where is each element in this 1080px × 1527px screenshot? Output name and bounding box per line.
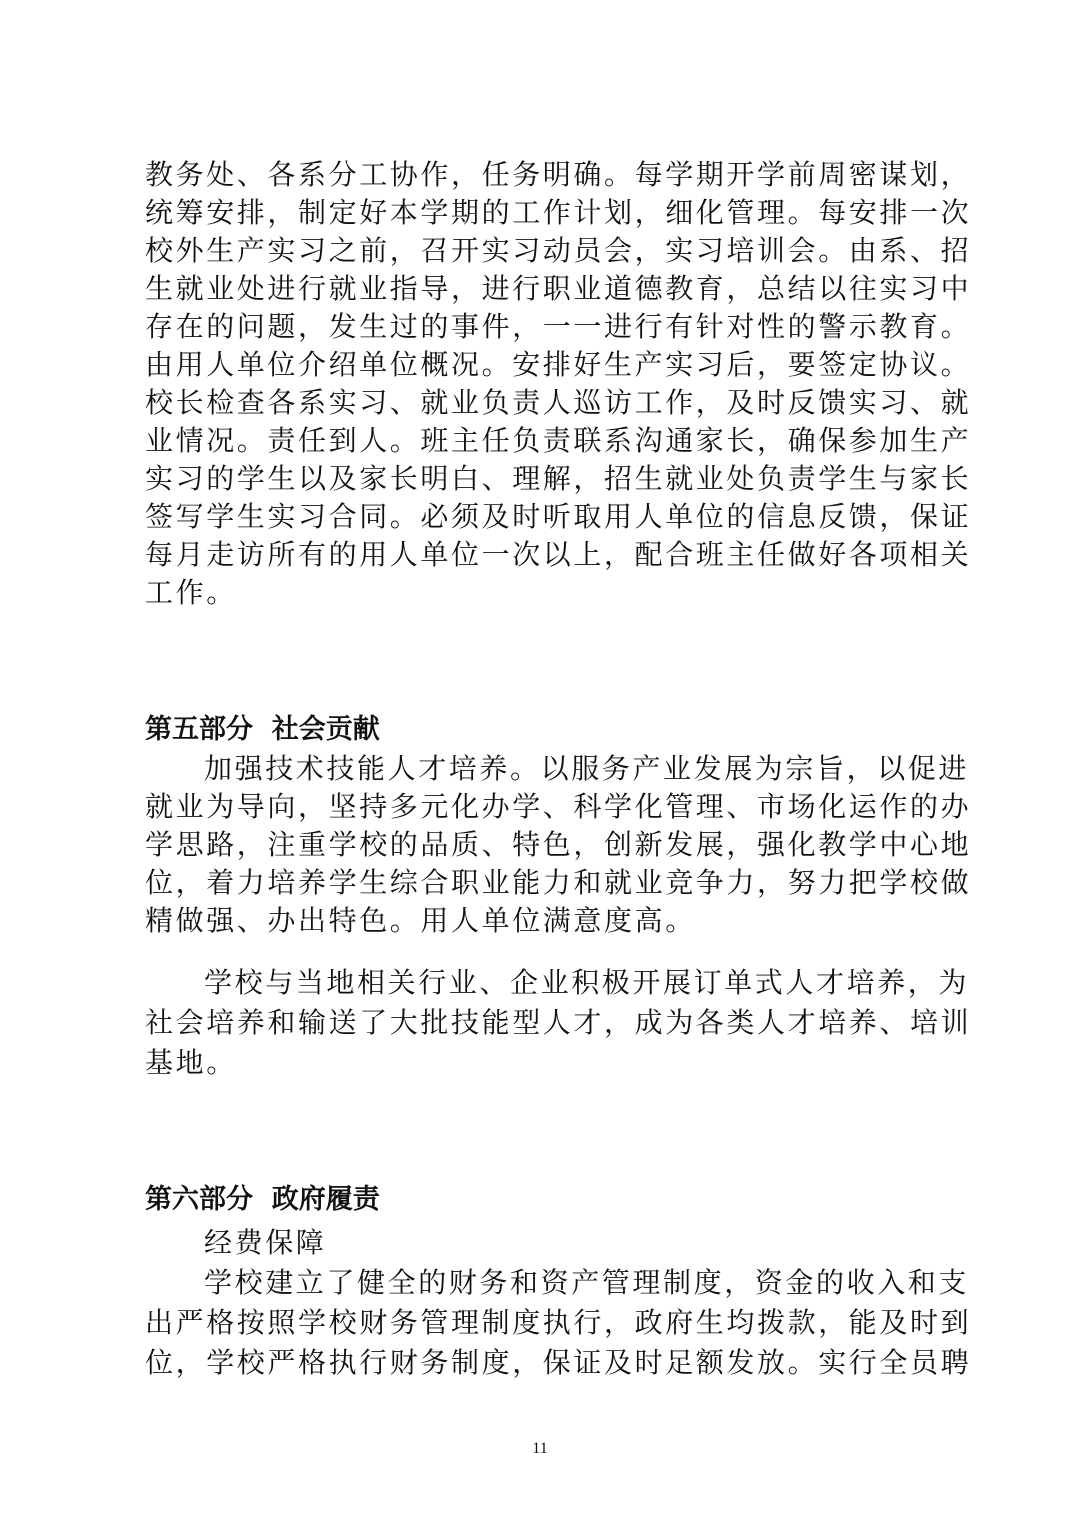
page-number: 11	[0, 1440, 1080, 1458]
text-line: 精做强、办出特色。用人单位满意度高。	[145, 902, 927, 940]
subheading: 经费保障	[204, 1224, 927, 1262]
text-line: 工作。	[145, 574, 927, 612]
section-heading: 第五部分 社会贡献	[145, 710, 380, 750]
text-line: 业情况。责任到人。班主任负责联系沟通家长，确保参加生产	[145, 422, 927, 460]
text-line: 学校与当地相关行业、企业积极开展订单式人才培养，为	[204, 964, 927, 1002]
text-line: 每月走访所有的用人单位一次以上，配合班主任做好各项相关	[145, 536, 927, 574]
text-line: 位，着力培养学生综合职业能力和就业竞争力，努力把学校做	[145, 864, 927, 902]
text-line: 存在的问题，发生过的事件，一一进行有针对性的警示教育。	[145, 308, 927, 346]
text-line: 出严格按照学校财务管理制度执行，政府生均拨款，能及时到	[145, 1304, 927, 1342]
text-line: 校长检查各系实习、就业负责人巡访工作，及时反馈实习、就	[145, 384, 927, 422]
section-heading: 第六部分 政府履责	[145, 1180, 380, 1220]
text-line: 社会培养和输送了大批技能型人才，成为各类人才培养、培训	[145, 1004, 927, 1042]
text-line: 实习的学生以及家长明白、理解，招生就业处负责学生与家长	[145, 460, 927, 498]
text-line: 由用人单位介绍单位概况。安排好生产实习后，要签定协议。	[145, 346, 927, 384]
text-line: 统筹安排，制定好本学期的工作计划，细化管理。每安排一次	[145, 194, 927, 232]
document-page: 教务处、各系分工协作，任务明确。每学期开学前周密谋划， 统筹安排，制定好本学期的…	[0, 0, 1080, 1527]
text-line: 签写学生实习合同。必须及时听取用人单位的信息反馈，保证	[145, 498, 927, 536]
text-line: 生就业处进行就业指导，进行职业道德教育，总结以往实习中	[145, 270, 927, 308]
text-line: 校外生产实习之前，召开实习动员会，实习培训会。由系、招	[145, 232, 927, 270]
text-line: 学校建立了健全的财务和资产管理制度，资金的收入和支	[204, 1264, 927, 1302]
text-line: 基地。	[145, 1044, 927, 1082]
text-line: 教务处、各系分工协作，任务明确。每学期开学前周密谋划，	[145, 156, 927, 194]
text-line: 位，学校严格执行财务制度，保证及时足额发放。实行全员聘	[145, 1344, 927, 1382]
text-line: 学思路，注重学校的品质、特色，创新发展，强化教学中心地	[145, 826, 927, 864]
text-line: 就业为导向，坚持多元化办学、科学化管理、市场化运作的办	[145, 788, 927, 826]
text-line: 加强技术技能人才培养。以服务产业发展为宗旨，以促进	[204, 750, 927, 788]
